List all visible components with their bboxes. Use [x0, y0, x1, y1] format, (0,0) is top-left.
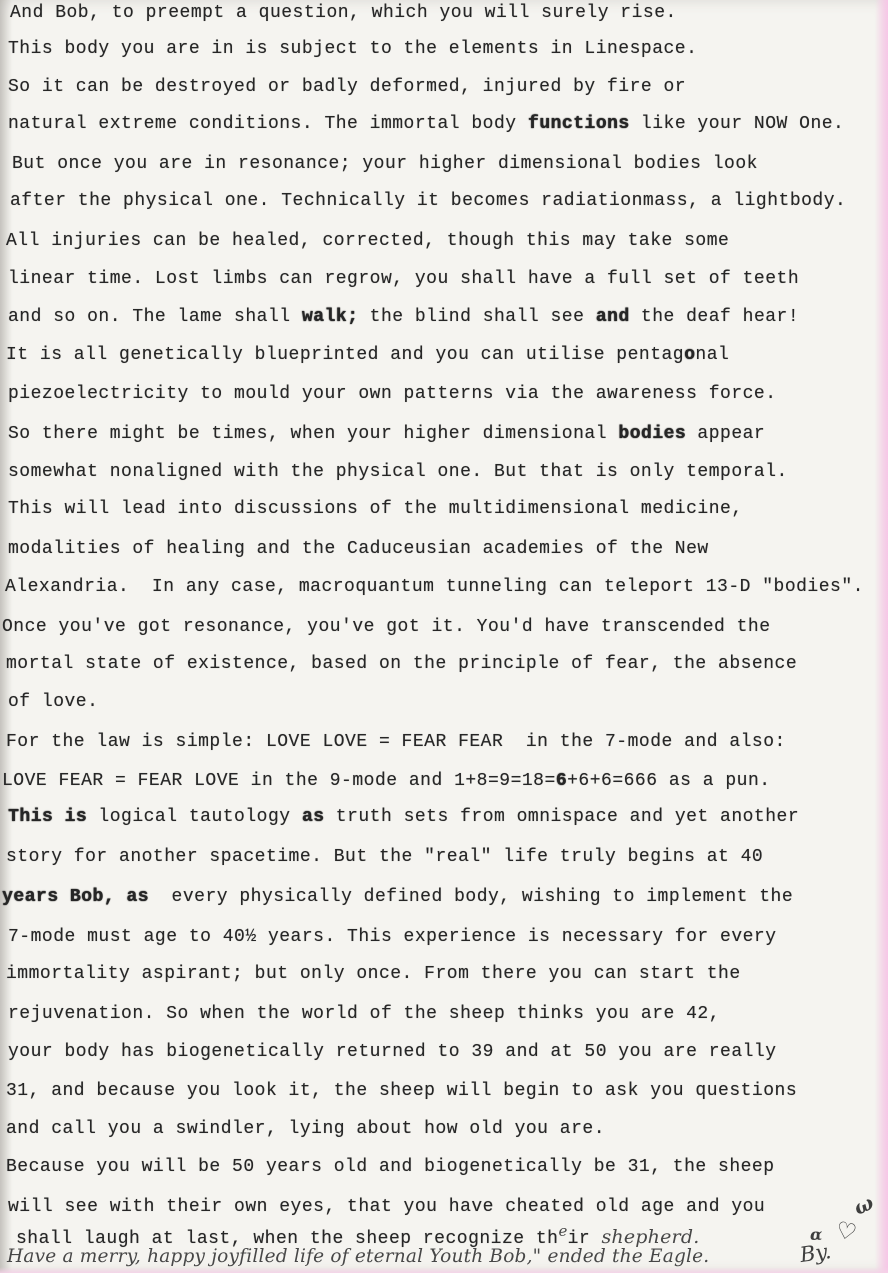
letter-page: And Bob, to preempt a question, which yo… — [0, 0, 888, 1273]
typed-text: linear time. Lost limbs can regrow, you … — [8, 269, 799, 289]
typed-line: of love. — [8, 693, 98, 711]
typed-text: This is — [8, 807, 87, 827]
scan-pink-right-edge — [875, 0, 888, 1273]
typed-line: So there might be times, when your highe… — [8, 425, 765, 443]
typed-line: and so on. The lame shall walk; the blin… — [8, 308, 799, 326]
typed-line: after the physical one. Technically it b… — [10, 192, 846, 210]
typed-text: appear — [686, 424, 765, 444]
handwritten-line: Have a merry, happy joyfilled life of et… — [7, 1248, 709, 1267]
typed-text: after the physical one. Technically it b… — [10, 191, 846, 211]
typed-line: All injuries can be healed, corrected, t… — [6, 232, 729, 250]
typed-line: LOVE FEAR = FEAR LOVE in the 9-mode and … — [2, 772, 771, 790]
typed-text: and — [596, 307, 630, 327]
typed-line: somewhat nonaligned with the physical on… — [8, 463, 788, 481]
typed-text: It is all genetically blueprinted and yo… — [6, 345, 684, 365]
typed-text: Once you've got resonance, you've got it… — [2, 617, 771, 637]
typed-text: the blind shall see — [358, 307, 595, 327]
typed-text: natural extreme conditions. The immortal… — [8, 114, 528, 134]
typed-text: Because you will be 50 years old and bio… — [6, 1157, 775, 1177]
typed-text: mortal state of existence, based on the … — [6, 654, 797, 674]
typed-line: story for another spacetime. But the "re… — [6, 848, 763, 866]
typed-text: story for another spacetime. But the "re… — [6, 847, 763, 867]
handwritten-text: shepherd. — [601, 1226, 699, 1248]
typed-line: And Bob, to preempt a question, which yo… — [10, 4, 677, 22]
typed-text: truth sets from omnispace and yet anothe… — [324, 807, 799, 827]
typed-text: functions — [528, 114, 630, 134]
typed-line: This body you are in is subject to the e… — [8, 40, 697, 58]
typed-line: your body has biogenetically returned to… — [8, 1043, 777, 1061]
typed-line: will see with their own eyes, that you h… — [8, 1198, 765, 1216]
typed-text: And Bob, to preempt a question, which yo… — [10, 3, 677, 23]
omega-doodle: ω — [851, 1192, 877, 1218]
typed-line: linear time. Lost limbs can regrow, you … — [8, 270, 799, 288]
typed-text: modalities of healing and the Caduceusia… — [8, 539, 709, 559]
typed-line: natural extreme conditions. The immortal… — [8, 115, 844, 133]
typed-text: bodies — [618, 424, 686, 444]
typed-line: and call you a swindler, lying about how… — [6, 1120, 605, 1138]
typed-text: All injuries can be healed, corrected, t… — [6, 231, 729, 251]
typed-line: This will lead into discussions of the m… — [8, 500, 743, 518]
typed-line: immortality aspirant; but only once. Fro… — [6, 965, 741, 983]
typed-text: logical tautology — [87, 807, 302, 827]
typed-line: piezoelectricity to mould your own patte… — [8, 385, 777, 403]
scan-pink-bottom-edge — [0, 1267, 888, 1273]
typed-text: So it can be destroyed or badly deformed… — [8, 77, 686, 97]
typed-text: somewhat nonaligned with the physical on… — [8, 462, 788, 482]
typed-text: For the law is simple: LOVE LOVE = FEAR … — [6, 732, 786, 752]
handwritten-text: e — [558, 1222, 567, 1240]
typed-line: modalities of healing and the Caduceusia… — [8, 540, 709, 558]
typed-text: walk; — [302, 307, 359, 327]
typed-text: and so on. The lame shall — [8, 307, 302, 327]
typed-text: LOVE FEAR = FEAR LOVE in the 9-mode and … — [2, 771, 556, 791]
typed-text: immortality aspirant; but only once. Fro… — [6, 964, 741, 984]
typed-line: years Bob, as every physically defined b… — [2, 888, 793, 906]
typed-text: as — [302, 807, 325, 827]
typed-text: will see with their own eyes, that you h… — [8, 1197, 765, 1217]
typed-text: and call you a swindler, lying about how… — [6, 1119, 605, 1139]
typed-text: 31, and because you look it, the sheep w… — [6, 1081, 797, 1101]
typed-text: nal — [695, 345, 729, 365]
typed-line: But once you are in resonance; your high… — [12, 155, 758, 173]
typed-line: For the law is simple: LOVE LOVE = FEAR … — [6, 733, 786, 751]
typed-text: So there might be times, when your highe… — [8, 424, 618, 444]
typed-text: But once you are in resonance; your high… — [12, 154, 758, 174]
typed-text: 6 — [556, 771, 567, 791]
typed-line: 7-mode must age to 40½ years. This exper… — [8, 928, 777, 946]
typed-text: like your NOW One. — [630, 114, 845, 134]
typed-line: Once you've got resonance, you've got it… — [2, 618, 771, 636]
typed-text: years Bob, as — [2, 887, 149, 907]
typed-text: o — [684, 345, 695, 365]
typed-text: of love. — [8, 692, 98, 712]
typed-line: shall laugh at last, when the sheep reco… — [16, 1228, 699, 1248]
typed-text: rejuvenation. So when the world of the s… — [8, 1004, 720, 1024]
typed-text: the deaf hear! — [630, 307, 800, 327]
typed-text: every physically defined body, wishing t… — [149, 887, 793, 907]
typed-line: 31, and because you look it, the sheep w… — [6, 1082, 797, 1100]
heart-doodle: ♡ — [834, 1218, 859, 1245]
typed-line: rejuvenation. So when the world of the s… — [8, 1005, 720, 1023]
typed-line: mortal state of existence, based on the … — [6, 655, 797, 673]
typed-line: Because you will be 50 years old and bio… — [6, 1158, 775, 1176]
typed-text: This body you are in is subject to the e… — [8, 39, 697, 59]
typed-text: This will lead into discussions of the m… — [8, 499, 743, 519]
typed-text: 7-mode must age to 40½ years. This exper… — [8, 927, 777, 947]
typed-text: piezoelectricity to mould your own patte… — [8, 384, 777, 404]
typed-text: your body has biogenetically returned to… — [8, 1042, 777, 1062]
handwritten-text: Have a merry, happy joyfilled life of et… — [7, 1246, 709, 1267]
typed-line: Alexandria. In any case, macroquantum tu… — [5, 578, 864, 596]
signature-scribble: By. — [799, 1241, 833, 1266]
typed-text: Alexandria. In any case, macroquantum tu… — [5, 577, 864, 597]
typed-line: This is logical tautology as truth sets … — [8, 808, 799, 826]
typed-line: So it can be destroyed or badly deformed… — [8, 78, 686, 96]
typed-line: It is all genetically blueprinted and yo… — [6, 346, 729, 364]
typed-text: +6+6=666 as a pun. — [567, 771, 770, 791]
